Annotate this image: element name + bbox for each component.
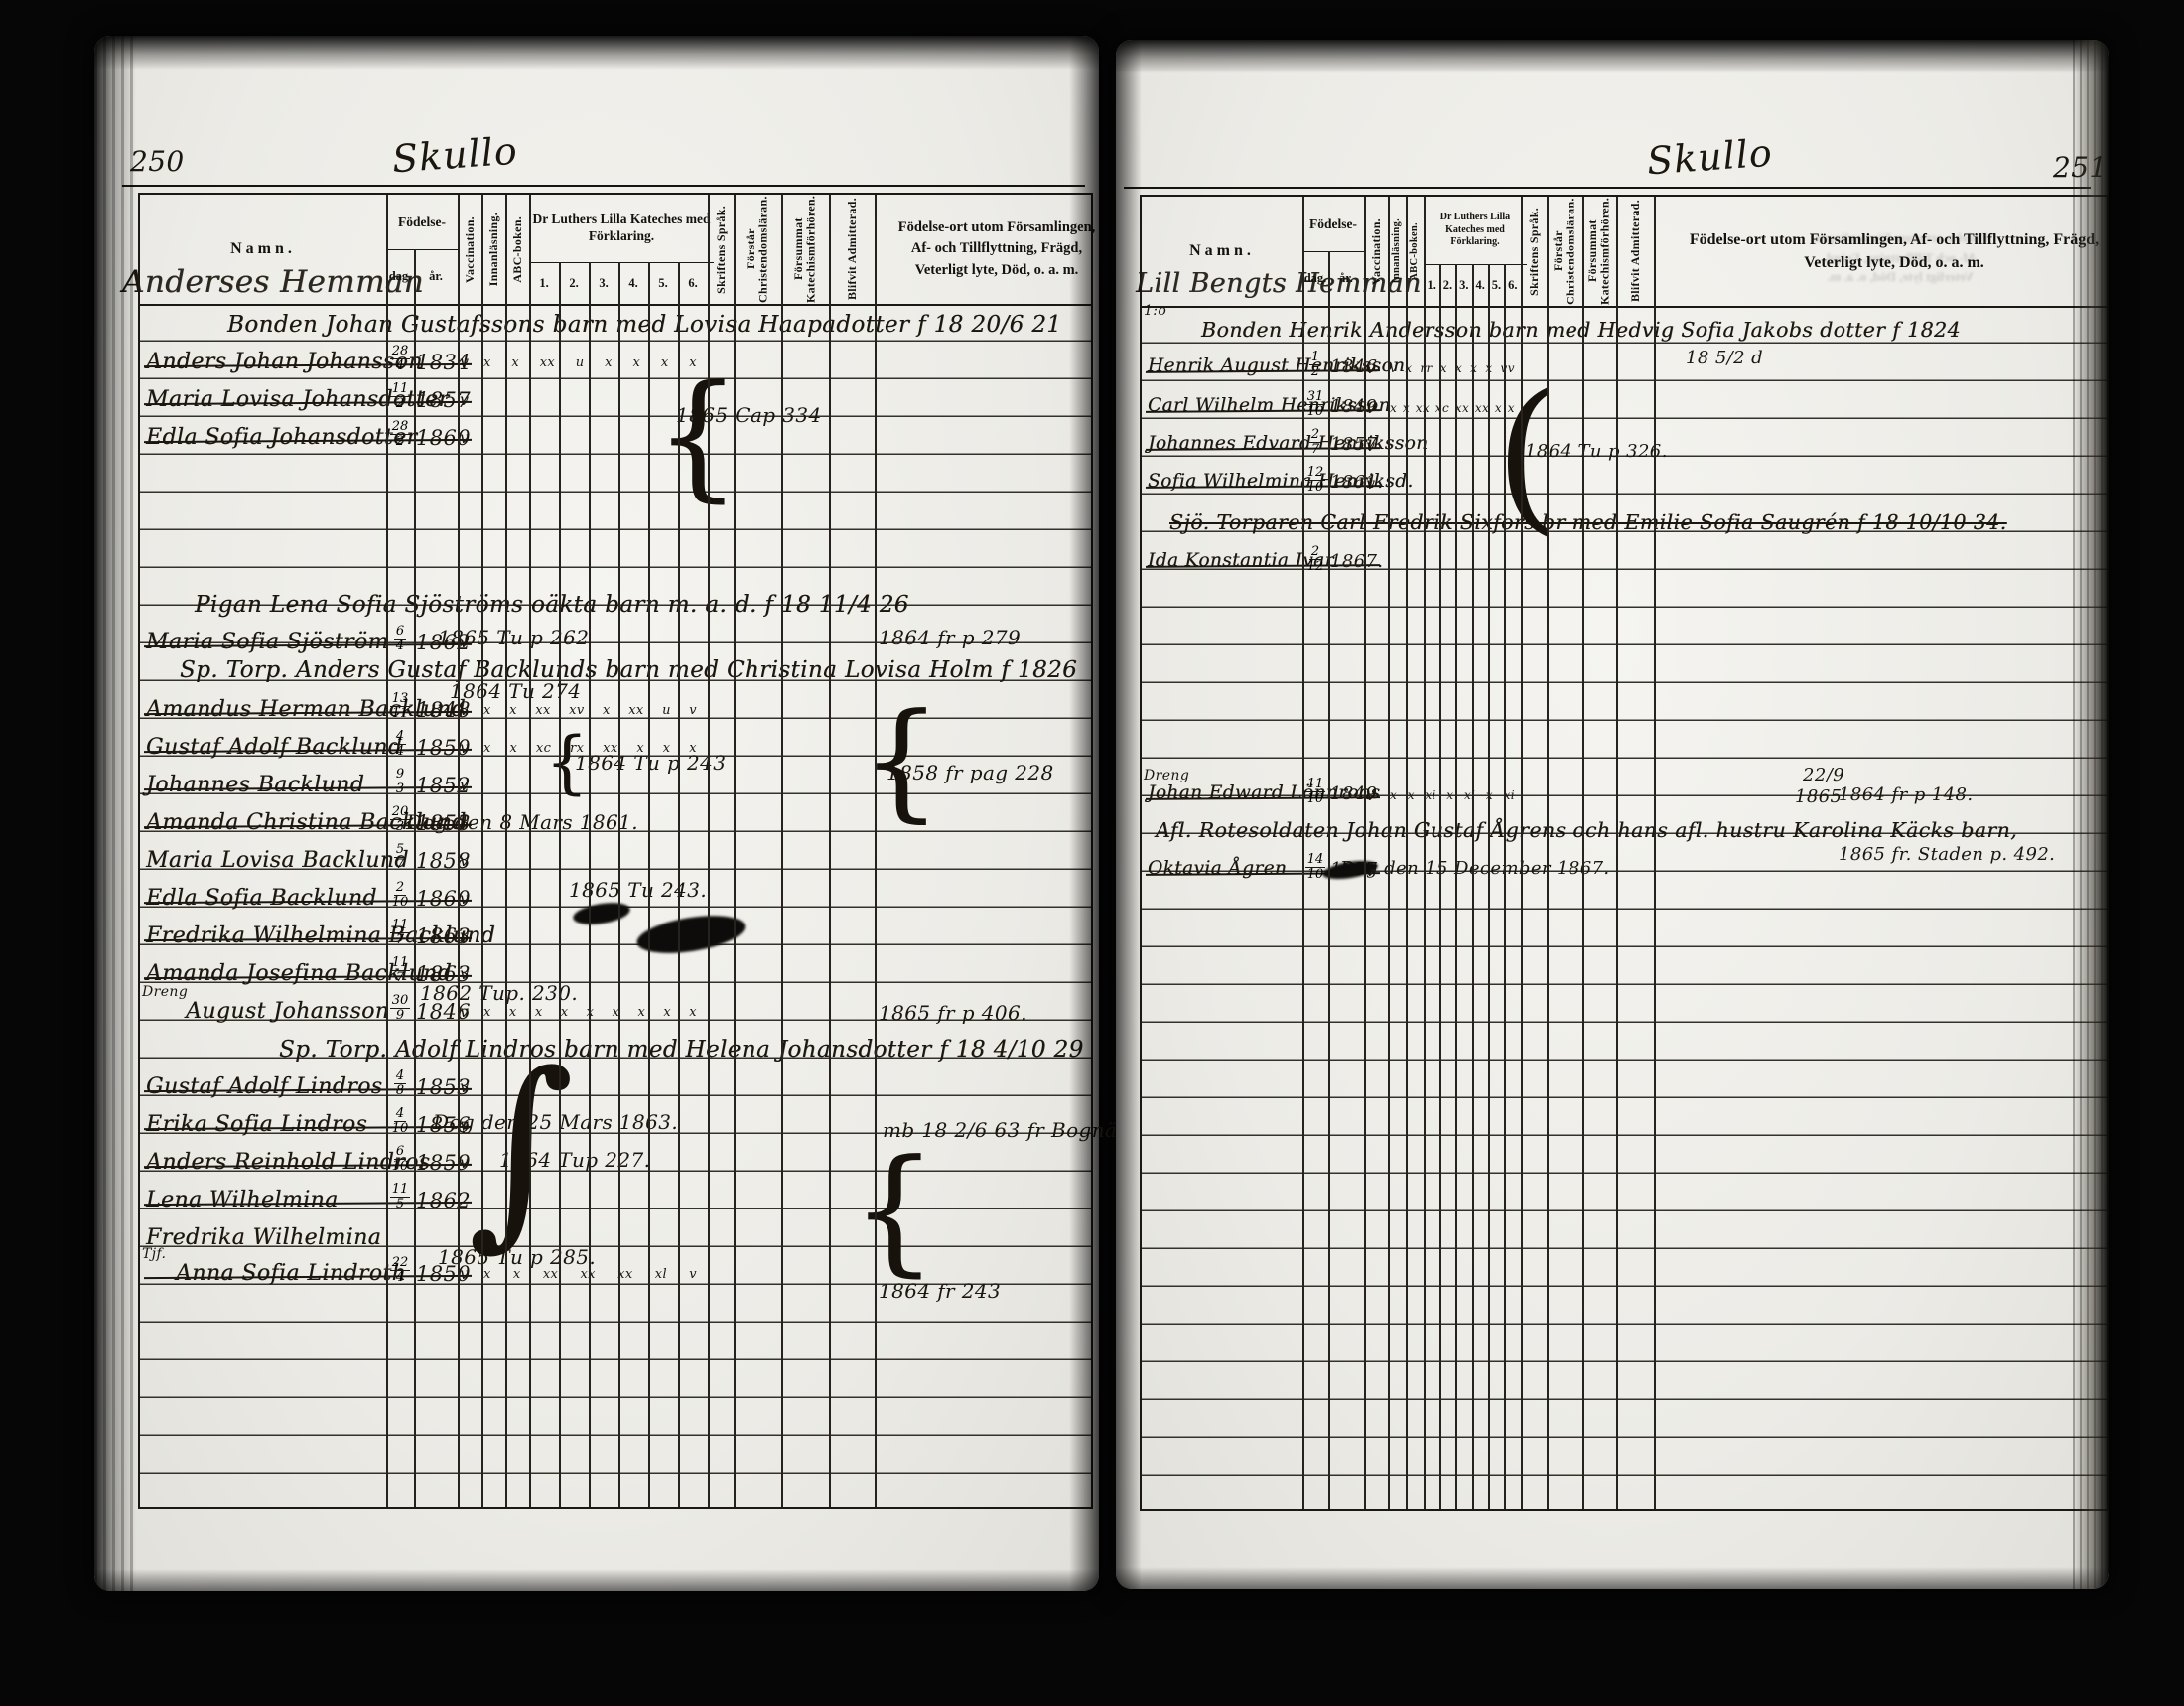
entry-birth-day: 117 — [386, 956, 414, 984]
column-header-skriftens-label: Skriftens Språk. — [715, 206, 728, 294]
column-divider — [1302, 197, 1304, 1509]
book-scan: 250 Skullo Anderses Hemman Namn.Födelse-… — [0, 0, 2184, 1706]
ledger-section-heading: Sp. Torp. Anders Gustaf Backlunds barn m… — [140, 657, 1091, 691]
column-header-kateches-number: 1. — [529, 262, 559, 304]
column-header-kateches-number: 2. — [559, 262, 589, 304]
ledger-entry-row: Ida Konstantia Ivar2121867. — [1142, 550, 2107, 584]
entry-birth-day: 1210 — [1302, 466, 1328, 494]
ledger-entry-row: Anders Johan Johansson2841834vxxxxuxxxx — [140, 350, 1091, 383]
ledger-entry-row: Gustaf Adolf Lindros481853v — [140, 1074, 1091, 1108]
ledger-entry-row: DrengAugust Johansson3091846vxxxxxxxxx18… — [140, 999, 1091, 1033]
entry-birth-day: 224 — [386, 1256, 414, 1284]
table-body: 1:oBonden Henrik Andersson barn med Hedv… — [1142, 306, 2107, 1509]
examination-marks: xxxixxixxi — [1390, 788, 1515, 802]
ink-brace: { — [545, 726, 589, 800]
column-header-vaccination: Vaccination. — [458, 195, 481, 304]
ledger-entry-row: Henrik August Henriksson121846vvxrrxxxxv… — [1142, 355, 2107, 389]
column-header-ar: år. — [1328, 251, 1364, 306]
column-header-kateches-number: 6. — [678, 262, 708, 304]
column-divider — [505, 195, 507, 1507]
ledger-entry-row: Amanda Josefina Backlund1171863v — [140, 961, 1091, 995]
column-divider — [618, 262, 620, 1507]
entry-note: 1865 fr p 406. — [879, 1001, 1027, 1025]
ledger-entry-row: Amanda Christina Backlund2031853vDog den… — [140, 810, 1091, 844]
section-heading-text: Afl. Rotesoldaten Johan Gustaf Ågrens oc… — [1156, 818, 2017, 842]
entry-note: 18 5/2 d — [1686, 348, 1763, 368]
entry-name: August Johansson — [186, 999, 389, 1024]
ledger-entry-row: Gustaf Adolf Backlund441850vxxxcrxxxxxx1… — [140, 735, 1091, 769]
column-header-kateches-number: 1. — [1424, 264, 1439, 306]
entry-birth-day: 410 — [386, 1107, 414, 1135]
section-heading-text: Bonden Henrik Andersson barn med Hedvig … — [1201, 318, 1961, 342]
header-rule — [1124, 187, 2091, 189]
entry-birth-day: 44 — [386, 730, 414, 758]
column-header-abc: ABC-boken. — [505, 195, 529, 304]
entry-name: Johannes Edvard Henriksson — [1148, 433, 1428, 454]
page-title-script: Skullo — [391, 129, 519, 182]
column-header-blifvit: Blifvit Admitterad. — [829, 195, 875, 304]
page-title-script: Skullo — [1646, 131, 1774, 184]
entry-birth-day: 3110 — [1302, 390, 1328, 418]
column-divider — [781, 195, 783, 1507]
column-header-forsummat: Försummat Katechismförhören. — [781, 195, 829, 304]
entry-note: 1864 Tu p 243 — [575, 751, 726, 775]
ledger-entry-row: Johannes Backlund931852v — [140, 773, 1091, 806]
column-divider — [559, 262, 561, 1507]
column-divider — [1328, 251, 1330, 1509]
column-header-forstar-label: Förstår Christendomsläran. — [1552, 197, 1576, 306]
column-header-blifvit: Blifvit Admitterad. — [1616, 197, 1654, 306]
section-heading-text: Sp. Torp. Anders Gustaf Backlunds barn m… — [180, 657, 1077, 683]
vaccination-mark: v — [460, 390, 469, 409]
ledger-entry-row: Erika Sofia Lindros4101856vDog den 25 Ma… — [140, 1112, 1091, 1146]
entry-birth-year: 1862 — [416, 1189, 471, 1212]
entry-name: Johannes Backlund — [146, 773, 364, 797]
ledger-entry-row: Oktavia Ågren14101857vDog den 15 Decembe… — [1142, 858, 2107, 892]
header-rule — [122, 185, 1085, 187]
entry-note: 1864 fr p 148. — [1839, 784, 1973, 805]
entry-name: Anna Sofia Lindroth — [176, 1261, 406, 1286]
column-header-dag: dag. — [386, 249, 414, 304]
entry-note: 22/9 — [1803, 765, 1844, 785]
ledger-section-heading: Sp. Torp. Adolf Lindros barn med Helena … — [140, 1037, 1091, 1070]
entry-birth-day: 309 — [386, 994, 414, 1022]
column-divider — [1439, 264, 1441, 1509]
vaccination-mark: v — [1366, 474, 1375, 493]
entry-note: 1864 fr p 279 — [879, 626, 1021, 649]
vaccination-mark: v — [1366, 436, 1375, 455]
entry-birth-day: 93 — [386, 768, 414, 795]
ledger-entry-row: Amandus Herman Backlund13111848vxxxxxvxx… — [140, 697, 1091, 731]
vaccination-mark: v — [1366, 785, 1375, 804]
column-divider — [1388, 197, 1390, 1509]
entry-note: 1865 Tu p 262 — [438, 626, 589, 649]
section-heading-text: Sp. Torp. Adolf Lindros barn med Helena … — [279, 1037, 1084, 1063]
column-divider — [1455, 264, 1457, 1509]
column-header-kateches-number: 4. — [1472, 264, 1488, 306]
table-header: Namn.Födelse-dag.år.Vaccination.Innanläs… — [1142, 197, 2107, 308]
ledger-entry-row: Edla Sofia Johansdotter2821860v — [140, 425, 1091, 459]
ledger-entry-row: Carl Wilhelm Henriksson31101849vxxxxxcxx… — [1142, 395, 2107, 429]
entry-name: Maria Lovisa Backlund — [146, 848, 409, 873]
ledger-entry-row: Maria Lovisa Backlund571858v — [140, 848, 1091, 882]
column-header-innanlasning-label: Innanläsning. — [1391, 218, 1402, 283]
column-header-remarks: Födelse-ort utom Församlingen, Af- och T… — [1654, 197, 2134, 306]
column-divider — [386, 195, 388, 1507]
record-table: Namn.Födelse-dag.år.Vaccination.Innanläs… — [1140, 195, 2109, 1511]
entry-name: Lena Wilhelmina — [146, 1188, 339, 1212]
entry-name: Edla Sofia Johansdotter — [146, 425, 417, 450]
entry-prefix: 1:o — [1144, 303, 1166, 319]
column-divider — [1364, 197, 1366, 1509]
column-divider — [875, 195, 877, 1507]
vaccination-mark: v — [460, 776, 469, 794]
column-header-innanlasning: Innanläsning. — [1388, 197, 1406, 306]
ledger-entry-row: Anders Reinhold Lindros6101859v1864 Tup … — [140, 1150, 1091, 1184]
entry-prefix: Dreng — [1144, 768, 1189, 783]
column-header-innanlasning: Innanläsning. — [481, 195, 505, 304]
column-header-blifvit-label: Blifvit Admitterad. — [1629, 200, 1642, 302]
column-header-forsummat-label: Försummat Katechismförhören. — [792, 195, 817, 304]
column-header-vaccination-label: Vaccination. — [1370, 218, 1383, 285]
entry-note: Dog den 15 December 1867. — [1340, 858, 1610, 879]
ledger-entry-row: Maria Lovisa Johansdotter1121857v1865 Ca… — [140, 387, 1091, 421]
column-header-forsummat-label: Försummat Katechismförhören. — [1586, 197, 1611, 306]
ledger-entry-row: Tjf.Anna Sofia Lindroth2241850vxxxxxxxxx… — [140, 1261, 1091, 1295]
column-header-forsummat: Försummat Katechismförhören. — [1582, 197, 1616, 306]
ledger-section-heading: Afl. Rotesoldaten Johan Gustaf Ågrens oc… — [1142, 818, 2107, 852]
column-header-kateches-number: 2. — [1439, 264, 1455, 306]
section-heading-text: Bonden Johan Gustafssons barn med Lovisa… — [227, 312, 1061, 338]
entry-birth-day: 64 — [386, 625, 414, 652]
column-divider — [678, 262, 680, 1507]
vaccination-mark: v — [460, 428, 469, 447]
column-header-kateches-number: 5. — [1488, 264, 1504, 306]
entry-birth-year: 1867. — [1330, 551, 1384, 572]
column-divider — [1547, 197, 1549, 1509]
ledger-page-left: 250 Skullo Anderses Hemman Namn.Födelse-… — [94, 36, 1099, 1591]
column-divider — [1424, 197, 1426, 1509]
ledger-section-heading: 1:oBonden Henrik Andersson barn med Hedv… — [1142, 318, 2107, 352]
column-header-kateches: Dr Luthers Lilla Kateches med Förklaring… — [529, 195, 714, 263]
entry-birth-day: 12 — [1302, 351, 1328, 378]
column-header-kateches-number: 5. — [648, 262, 678, 304]
entry-birth-day: 210 — [386, 881, 414, 909]
entry-note: 1864 Tu 274 — [450, 679, 581, 703]
page-edge-shadow — [1116, 1567, 2109, 1589]
entry-name: Fredrika Wilhelmina — [146, 1225, 381, 1250]
column-header-forstar-label: Förstår Christendomsläran. — [745, 195, 769, 304]
column-header-fodelse: Födelse- — [1302, 197, 1364, 252]
ledger-entry-row: Sofia Wilhelmina Henriksd.12101861.v — [1142, 471, 2107, 504]
ledger-page-right: 251 Skullo Lill Bengts Hemman Födelse-or… — [1116, 40, 2109, 1589]
column-divider — [1521, 197, 1523, 1509]
entry-birth-day: 48 — [386, 1069, 414, 1097]
column-header-innanlasning-label: Innanläsning. — [487, 213, 500, 286]
column-divider — [1488, 264, 1490, 1509]
entry-name: Maria Sofia Sjöström — [146, 630, 389, 654]
vaccination-mark: v — [1366, 358, 1375, 377]
column-divider — [734, 195, 736, 1507]
page-edge-shadow — [94, 1569, 1099, 1591]
column-header-vaccination: Vaccination. — [1364, 197, 1388, 306]
entry-birth-day: 115 — [386, 1183, 414, 1210]
column-divider — [648, 262, 650, 1507]
ledger-entry-row: Fredrika Wilhelmina — [140, 1225, 1091, 1259]
column-header-fodelse: Födelse- — [386, 195, 458, 250]
column-header-abc: ABC-boken. — [1406, 197, 1424, 306]
column-divider — [529, 195, 531, 1507]
ledger-section-heading: Sjö. Torparen Carl Fredrik Sixfors br me… — [1142, 510, 2107, 544]
column-header-kateches: Dr Luthers Lilla Kateches med Förklaring… — [1424, 197, 1527, 265]
entry-note: 1862 Tup. 230. — [420, 981, 578, 1005]
ledger-section-heading: Bonden Johan Gustafssons barn med Lovisa… — [140, 312, 1091, 346]
column-header-dag: dag. — [1302, 251, 1328, 306]
ink-brace: { — [861, 691, 942, 830]
entry-birth-day: 1311 — [386, 692, 414, 720]
entry-birth-day: 282 — [386, 420, 414, 448]
entry-birth-day: 284 — [386, 345, 414, 372]
entry-prefix: Tjf. — [142, 1246, 166, 1262]
column-header-namn: Namn. — [140, 195, 386, 304]
page-number: 250 — [130, 145, 185, 178]
entry-birth-year: 1861. — [1330, 472, 1384, 493]
column-divider — [1582, 197, 1584, 1509]
column-header-abc-label: ABC-boken. — [511, 216, 524, 283]
entry-name: Edla Sofia Backlund — [146, 886, 377, 911]
column-header-abc-label: ABC-boken. — [1409, 222, 1420, 281]
entry-name: Anders Johan Johansson — [146, 350, 423, 374]
entry-birth-day: 117 — [386, 919, 414, 946]
column-divider — [708, 195, 710, 1507]
section-heading-text: Pigan Lena Sofia Sjöströms oäkta barn m.… — [195, 592, 909, 618]
entry-name: Gustaf Adolf Lindros — [146, 1074, 382, 1099]
column-header-forstar: Förstår Christendomsläran. — [1547, 197, 1582, 306]
vaccination-mark: v — [460, 926, 469, 945]
column-header-kateches-number: 3. — [589, 262, 618, 304]
column-divider — [589, 262, 591, 1507]
column-header-ar: år. — [414, 249, 458, 304]
column-header-remarks: Födelse-ort utom Församlingen, Af- och T… — [875, 195, 1119, 304]
ledger-entry-row: Fredrika Wilhelmina Backlund1171863v — [140, 924, 1091, 957]
section-heading-text: Sjö. Torparen Carl Fredrik Sixfors br me… — [1169, 510, 2007, 534]
column-divider — [1616, 197, 1618, 1509]
page-edge-shadow — [1116, 40, 2109, 73]
record-table: Namn.Födelse-dag.år.Vaccination.Innanläs… — [138, 193, 1093, 1509]
column-divider — [1504, 264, 1506, 1509]
ink-brace: { — [654, 361, 742, 510]
ledger-entry-row: DrengJohan Edward Lönnroos11101849vxxxix… — [1142, 782, 2107, 816]
entry-birth-day: 27 — [1302, 428, 1328, 456]
column-header-kateches-number: 4. — [618, 262, 648, 304]
ledger-entry-row: Johannes Edvard Henriksson271857v1864 Tu… — [1142, 433, 2107, 467]
column-header-forstar: Förstår Christendomsläran. — [734, 195, 781, 304]
entry-note: Dog den 8 Mars 1861. — [406, 810, 638, 834]
table-header: Namn.Födelse-dag.år.Vaccination.Innanläs… — [140, 195, 1091, 306]
column-header-vaccination-label: Vaccination. — [464, 216, 477, 283]
table-body: Bonden Johan Gustafssons barn med Lovisa… — [140, 304, 1091, 1507]
ledger-entry-row: Lena Wilhelmina1151862 — [140, 1188, 1091, 1221]
column-header-skriftens-label: Skriftens Språk. — [1528, 208, 1541, 296]
entry-name: Erika Sofia Lindros — [146, 1112, 367, 1137]
entry-birth-day: 57 — [386, 843, 414, 871]
column-divider — [1654, 197, 1656, 1509]
column-divider — [414, 249, 416, 1507]
vaccination-mark: v — [1366, 398, 1375, 417]
column-header-namn: Namn. — [1142, 197, 1302, 306]
column-divider — [829, 195, 831, 1507]
ledger-section-heading: Pigan Lena Sofia Sjöströms oäkta barn m.… — [140, 592, 1091, 626]
vaccination-mark: v — [460, 353, 469, 371]
page-edge-shadow — [94, 36, 1099, 70]
entry-birth-day: 112 — [386, 382, 414, 410]
column-divider — [1472, 264, 1474, 1509]
column-header-kateches-number: 3. — [1456, 264, 1472, 306]
ink-brace: { — [851, 1136, 938, 1285]
entry-birth-day: 212 — [1302, 545, 1328, 573]
vaccination-mark: v — [460, 889, 469, 908]
column-header-blifvit-label: Blifvit Admitterad. — [846, 198, 859, 300]
entry-birth-day: 610 — [386, 1145, 414, 1173]
vaccination-mark: v — [460, 851, 469, 870]
entry-name: Gustaf Adolf Backlund — [146, 735, 402, 760]
column-divider — [458, 195, 460, 1507]
entry-birth-day: 1110 — [1302, 778, 1328, 805]
page-number: 251 — [2053, 151, 2108, 184]
column-divider — [1406, 197, 1408, 1509]
column-divider — [481, 195, 483, 1507]
entry-prefix: Dreng — [142, 984, 188, 1000]
vaccination-mark: v — [460, 738, 469, 757]
entry-note: 1865 — [1795, 786, 1842, 807]
column-header-kateches-number: 6. — [1505, 264, 1521, 306]
